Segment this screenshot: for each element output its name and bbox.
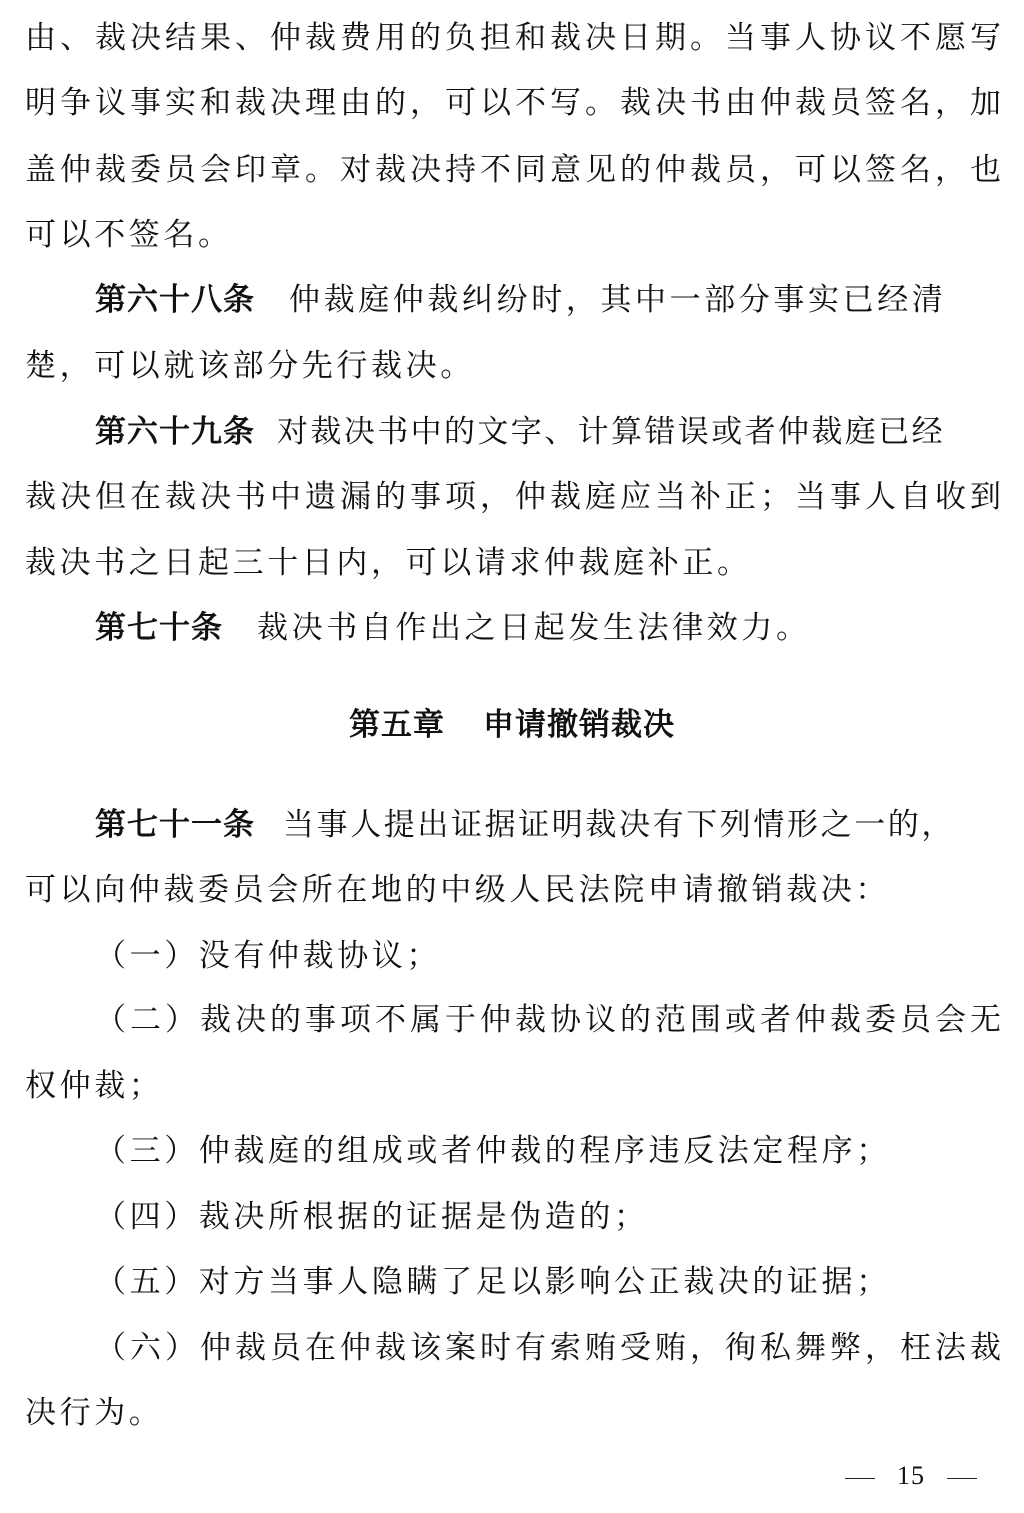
list-item: （一）没有仲裁协议； <box>95 936 441 976</box>
article-text: 仲裁庭仲裁纠纷时，其中一部分事实已经清 <box>289 282 946 318</box>
article-text: 裁决书自作出之日起发生法律效力。 <box>257 610 811 646</box>
text-line: 可以不签名。 <box>25 215 233 255</box>
text-line: 盖仲裁委员会印章。对裁决持不同意见的仲裁员，可以签名，也 <box>25 150 1001 190</box>
list-item: （三）仲裁庭的组成或者仲裁的程序违反法定程序； <box>95 1131 891 1171</box>
article-title: 第六十八条 <box>95 282 255 318</box>
article-69: 第六十九条对裁决书中的文字、计算错误或者仲裁庭已经 <box>95 412 945 452</box>
dash-icon <box>845 1478 875 1479</box>
chapter-number: 第五章 <box>349 707 445 743</box>
article-71: 第七十一条当事人提出证据证明裁决有下列情形之一的， <box>95 805 955 845</box>
list-item: （二）裁决的事项不属于仲裁协议的范围或者仲裁委员会无 <box>95 1000 1001 1040</box>
page-number-value: 15 <box>897 1461 925 1490</box>
article-text: 对裁决书中的文字、计算错误或者仲裁庭已经 <box>277 414 945 450</box>
chapter-title: 申请撤销裁决 <box>483 707 675 743</box>
text-line: 裁决书之日起三十日内，可以请求仲裁庭补正。 <box>25 543 752 583</box>
text-line: 楚，可以就该部分先行裁决。 <box>25 346 475 386</box>
list-item: （四）裁决所根据的证据是伪造的； <box>95 1197 649 1237</box>
dash-icon <box>947 1478 977 1479</box>
article-title: 第六十九条 <box>95 414 255 450</box>
list-item: （六）仲裁员在仲裁该案时有索贿受贿，徇私舞弊，枉法裁 <box>95 1328 1001 1368</box>
text-line: 可以向仲裁委员会所在地的中级人民法院申请撤销裁决： <box>25 870 890 910</box>
article-text: 当事人提出证据证明裁决有下列情形之一的， <box>283 807 955 843</box>
page-number: 15 <box>845 1458 977 1494</box>
chapter-heading: 第五章申请撤销裁决 <box>0 705 1024 745</box>
text-line: 决行为。 <box>25 1393 163 1433</box>
text-line: 裁决但在裁决书中遗漏的事项，仲裁庭应当补正；当事人自收到 <box>25 477 1001 517</box>
article-70: 第七十条裁决书自作出之日起发生法律效力。 <box>95 608 811 648</box>
article-68: 第六十八条仲裁庭仲裁纠纷时，其中一部分事实已经清 <box>95 280 946 320</box>
list-item: （五）对方当事人隐瞒了足以影响公正裁决的证据； <box>95 1262 891 1302</box>
text-line: 明争议事实和裁决理由的，可以不写。裁决书由仲裁员签名，加 <box>25 83 1001 123</box>
article-title: 第七十条 <box>95 610 223 646</box>
article-title: 第七十一条 <box>95 807 255 843</box>
text-line: 由、裁决结果、仲裁费用的负担和裁决日期。当事人协议不愿写 <box>25 18 1001 58</box>
text-line: 权仲裁； <box>25 1066 163 1106</box>
